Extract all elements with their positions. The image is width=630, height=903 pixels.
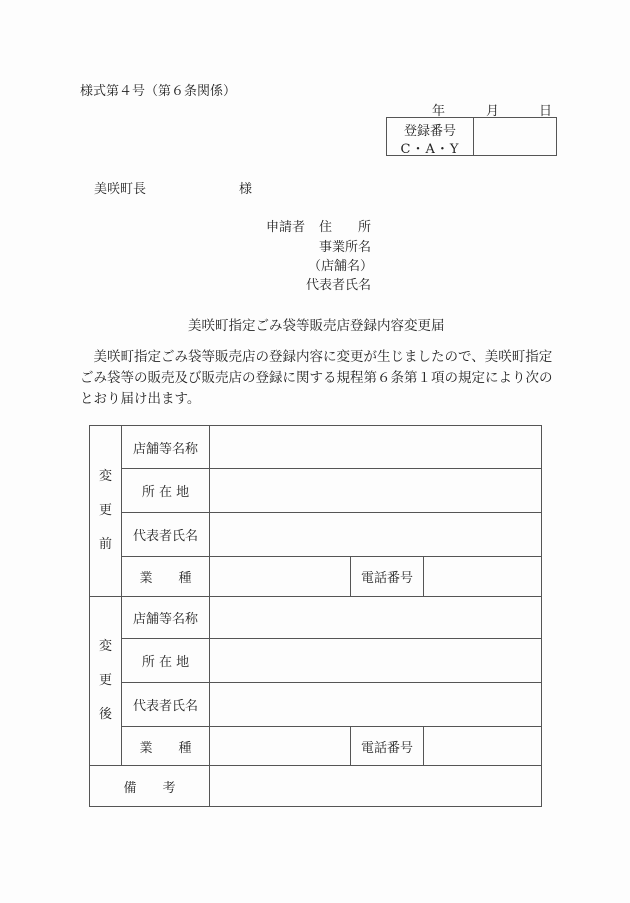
before-store-name-field[interactable] (210, 426, 542, 469)
label-char: 更 (90, 664, 121, 698)
after-store-name-label: 店舗等名称 (122, 597, 210, 639)
before-store-name-label: 店舗等名称 (122, 426, 210, 469)
remarks-field[interactable] (210, 766, 542, 807)
registration-label-cell: 登録番号 C・A・Y (387, 118, 474, 155)
applicant-store-label: （店舗名） (308, 255, 373, 274)
after-representative-label: 代表者氏名 (122, 683, 210, 727)
change-form-table: 変 更 前 店舗等名称 所 在 地 代表者氏名 業 種 電話番号 変 更 後 店… (89, 425, 542, 807)
applicant-label: 申請者 (266, 216, 305, 235)
applicant-office-label: 事業所名 (319, 236, 371, 255)
after-representative-field[interactable] (210, 683, 542, 727)
after-business-type-field[interactable] (210, 727, 351, 766)
before-location-field[interactable] (210, 469, 542, 513)
before-representative-label: 代表者氏名 (122, 513, 210, 557)
document-title: 美咲町指定ごみ袋等販売店登録内容変更届 (188, 314, 445, 334)
body-text: 美咲町指定ごみ袋等販売店の登録内容に変更が生じましたので、美咲町指定ごみ袋等の販… (80, 347, 560, 410)
body-paragraph: 美咲町指定ごみ袋等販売店の登録内容に変更が生じましたので、美咲町指定ごみ袋等の販… (80, 347, 560, 410)
after-phone-label: 電話番号 (351, 727, 424, 766)
registration-sublabel: C・A・Y (387, 138, 473, 157)
label-char: 後 (90, 698, 121, 732)
registration-number-field[interactable] (474, 118, 556, 155)
section-after-label: 変 更 後 (90, 597, 122, 766)
section-before-label: 変 更 前 (90, 426, 122, 597)
applicant-representative-label: 代表者氏名 (306, 274, 371, 293)
before-representative-field[interactable] (210, 513, 542, 557)
after-phone-field[interactable] (424, 727, 542, 766)
before-phone-label: 電話番号 (351, 557, 424, 597)
label-char: 変 (90, 460, 121, 494)
form-number: 様式第４号（第６条関係） (80, 80, 236, 99)
before-phone-field[interactable] (424, 557, 542, 597)
before-business-type-label: 業 種 (122, 557, 210, 597)
remarks-label: 備 考 (90, 766, 210, 807)
registration-label: 登録番号 (387, 120, 473, 139)
after-business-type-label: 業 種 (122, 727, 210, 766)
before-business-type-field[interactable] (210, 557, 351, 597)
before-location-label: 所 在 地 (122, 469, 210, 513)
after-location-field[interactable] (210, 639, 542, 683)
label-char: 変 (90, 630, 121, 664)
addressee-honorific: 様 (239, 178, 252, 197)
applicant-address-label: 住 所 (319, 216, 371, 235)
after-location-label: 所 在 地 (122, 639, 210, 683)
label-char: 前 (90, 528, 121, 562)
addressee-name: 美咲町長 (94, 178, 146, 197)
registration-number-box: 登録番号 C・A・Y (386, 117, 557, 156)
label-char: 更 (90, 494, 121, 528)
after-store-name-field[interactable] (210, 597, 542, 639)
